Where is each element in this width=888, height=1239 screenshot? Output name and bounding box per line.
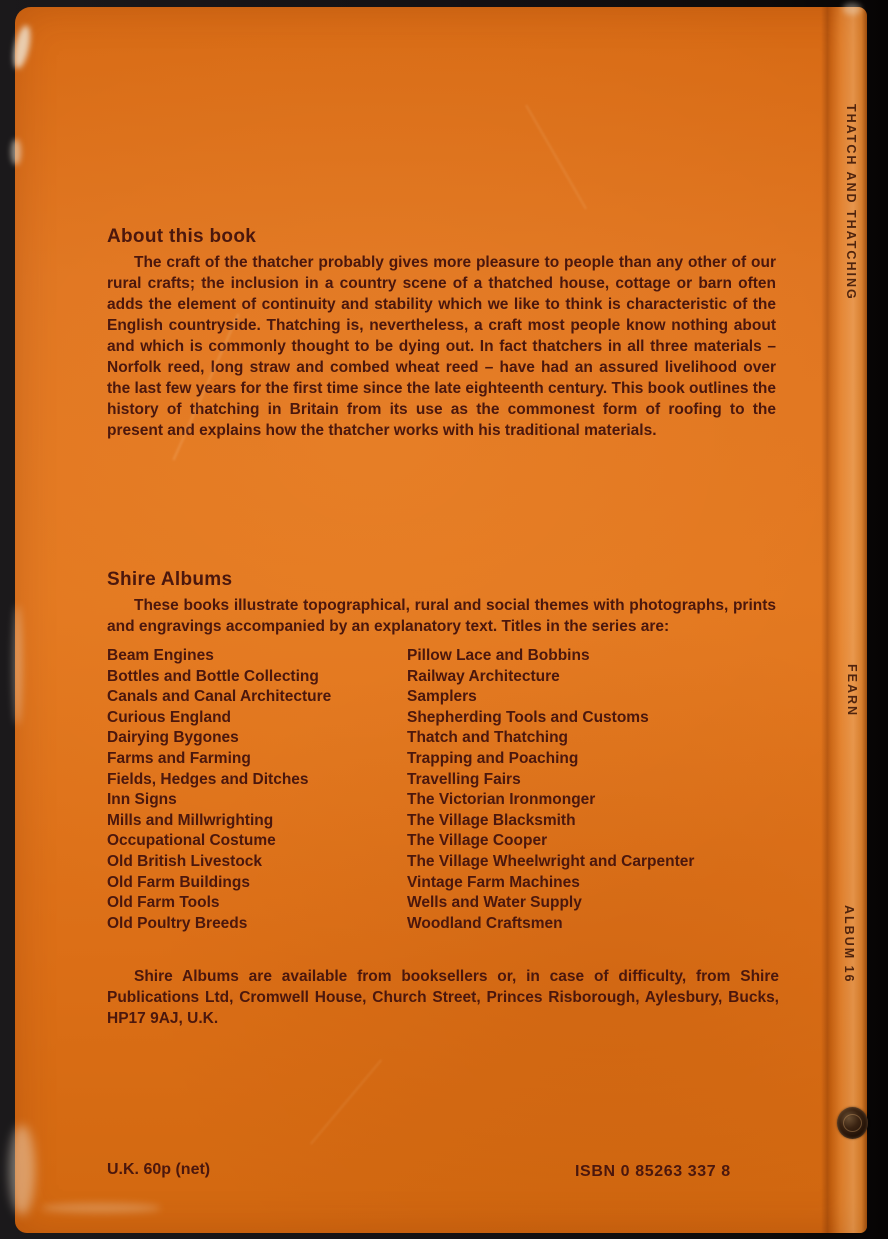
book-title: Old Poultry Breeds — [107, 914, 407, 935]
spine-title: THATCH AND THATCHING — [844, 104, 858, 404]
wear-mark — [11, 139, 21, 165]
book-title: Trapping and Poaching — [407, 749, 694, 770]
book-title: Inn Signs — [107, 790, 407, 811]
isbn-label: ISBN 0 85263 337 8 — [575, 1163, 731, 1181]
book-title: Woodland Craftsmen — [407, 914, 694, 935]
book-title: Old Farm Buildings — [107, 873, 407, 894]
book-title: Old Farm Tools — [107, 893, 407, 914]
book-title: Bottles and Bottle Collecting — [107, 667, 407, 688]
spine-author: FEARN — [845, 664, 859, 717]
book-title: Railway Architecture — [407, 667, 694, 688]
availability-paragraph: Shire Albums are available from booksell… — [107, 966, 779, 1029]
book-title: Canals and Canal Architecture — [107, 687, 407, 708]
book-title: The Victorian Ironmonger — [407, 790, 694, 811]
wear-mark — [13, 605, 22, 725]
about-section: About this book The craft of the thatche… — [107, 226, 776, 441]
book-back-cover: About this book The craft of the thatche… — [15, 7, 867, 1233]
book-title: Fields, Hedges and Ditches — [107, 770, 407, 791]
about-heading: About this book — [107, 226, 776, 248]
book-title: The Village Blacksmith — [407, 811, 694, 832]
book-title: Beam Engines — [107, 646, 407, 667]
scratch-mark — [310, 1059, 382, 1145]
book-title: Vintage Farm Machines — [407, 873, 694, 894]
book-title: Farms and Farming — [107, 749, 407, 770]
series-titles-list: Beam Engines Bottles and Bottle Collecti… — [107, 646, 776, 934]
shire-albums-heading: Shire Albums — [107, 569, 776, 591]
price-label: U.K. 60p (net) — [107, 1161, 210, 1179]
titles-column-right: Pillow Lace and Bobbins Railway Architec… — [407, 646, 694, 934]
shire-albums-section: Shire Albums These books illustrate topo… — [107, 569, 776, 934]
book-title: Pillow Lace and Bobbins — [407, 646, 694, 667]
book-title: Dairying Bygones — [107, 728, 407, 749]
about-paragraph: The craft of the thatcher probably gives… — [107, 252, 776, 441]
spine-album-number: ALBUM 16 — [842, 905, 856, 984]
wear-mark — [843, 3, 861, 15]
book-title: Mills and Millwrighting — [107, 811, 407, 832]
book-title: Shepherding Tools and Customs — [407, 708, 694, 729]
book-title: Wells and Water Supply — [407, 893, 694, 914]
publisher-logo-icon — [837, 1107, 868, 1139]
book-title: Travelling Fairs — [407, 770, 694, 791]
titles-column-left: Beam Engines Bottles and Bottle Collecti… — [107, 646, 407, 934]
wear-mark — [41, 1203, 161, 1213]
scan-background: About this book The craft of the thatche… — [0, 0, 888, 1239]
book-title: Thatch and Thatching — [407, 728, 694, 749]
book-title: Curious England — [107, 708, 407, 729]
scratch-mark — [525, 105, 587, 210]
book-title: Samplers — [407, 687, 694, 708]
book-title: Old British Livestock — [107, 852, 407, 873]
book-title: The Village Wheelwright and Carpenter — [407, 852, 694, 873]
book-title: The Village Cooper — [407, 831, 694, 852]
wear-mark — [9, 1125, 35, 1215]
wear-mark — [11, 24, 34, 70]
book-title: Occupational Costume — [107, 831, 407, 852]
shire-albums-intro: These books illustrate topographical, ru… — [107, 595, 776, 637]
